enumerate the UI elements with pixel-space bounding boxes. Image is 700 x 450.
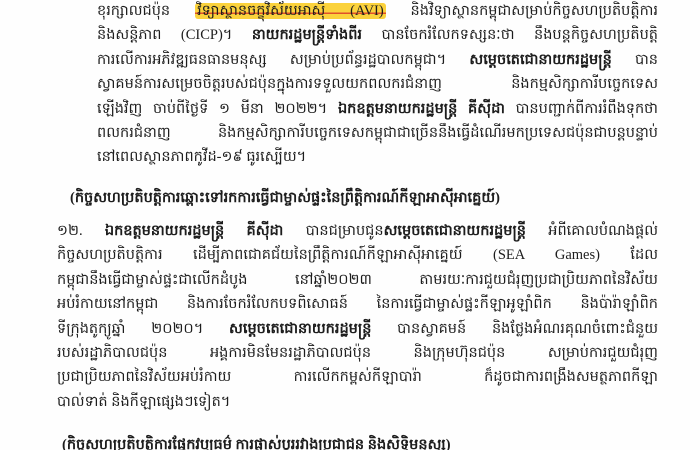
text-line: កិច្ចសហប្រតិបត្តិការ ដើម្បីភាពជោគជ័យនៃព្… [57,243,658,267]
text-line: នៅពេលស្ថានភាពកូវីដ-១៩ ធូរស្បើយ។ [97,145,658,169]
text-segment: បានជម្រាបជូន [283,223,383,239]
text-segment: ខុរក្សាលជប៉ុន [97,3,195,19]
text-segment: សម្តេចតេជោនាយករដ្ឋមន្ត្រី [229,321,371,337]
text-line: ប្រជាប្រិយភាពនៃវិស័យអប់រំកាយ ការលើកកម្ពស… [57,365,658,389]
text-segment: ប្រជាប្រិយភាពនៃវិស័យអប់រំកាយ ការលើកកម្ពស… [57,369,658,385]
text-segment: ឯកឧត្តមនាយករដ្ឋមន្ត្រី គីស៊ីដា [338,101,505,117]
highlighted-text: វិទ្យាស្ថានចក្ខុវិស័យអាស៊ី (AVI) [195,3,386,19]
text-segment: នៅពេលស្ថានភាពកូវីដ-១៩ ធូរស្បើយ។ [97,149,306,165]
text-segment: បានស្វាគមន៍ និងថ្លែងអំណរគុណចំពោះជំនួយ [371,321,658,337]
text-segment: អប់រំកាយនៅកម្ពុជា និងការចែករំលែកបទពិសោធន… [57,296,658,312]
text-segment: បានបញ្ជាក់ពីការរំពឹងទុកថា [505,101,658,117]
text-line: ខុរក្សាលជប៉ុន វិទ្យាស្ថានចក្ខុវិស័យអាស៊ី… [97,0,658,23]
text-segment: សម្តេចតេជោនាយករដ្ឋមន្ត្រី [384,223,526,239]
text-segment: បាន [612,52,658,68]
text-segment: ស្វាគមន៍ការសម្រេចចិត្តរបស់ជប៉ុនក្នុងការទ… [97,76,658,92]
text-segment: ឡើងវិញ ចាប់ពីថ្ងៃទី ១ មីនា ២០២២។ [97,101,338,117]
text-segment: ការលើការអភិវឌ្ឍធនធានមនុស្ស សម្រាប់ប្រព័ន… [97,52,469,68]
text-segment: បានចែករំលែកទស្សនៈថា នឹងបន្តកិច្ចសហប្រតិប… [362,27,658,43]
text-segment: សម្តេចតេជោនាយករដ្ឋមន្ត្រី [469,52,611,68]
text-segment: និងសន្តិភាព (CICP)។ [97,27,252,43]
text-line: ឡើងវិញ ចាប់ពីថ្ងៃទី ១ មីនា ២០២២។ ឯកឧត្តម… [97,97,658,121]
text-segment: នាយករដ្ឋមន្ត្រីទាំងពីរ [252,27,362,43]
text-line: ស្វាគមន៍ការសម្រេចចិត្តរបស់ជប៉ុនក្នុងការទ… [97,72,658,96]
text-line: និងសន្តិភាព (CICP)។ នាយករដ្ឋមន្ត្រីទាំងព… [97,23,658,47]
text-line: ពលករជំនាញ និងកម្មសិក្សាការីបច្ចេកទេសកម្ព… [97,121,658,145]
text-line: កម្ពុជានឹងធ្វើជាម្ចាស់ផ្ទះជាលើកដំបូង នៅឆ… [57,268,658,292]
text-segment: ឯកឧត្តមនាយករដ្ឋមន្ត្រី គីស៊ីដា [105,223,283,239]
text-segment: កិច្ចសហប្រតិបត្តិការ ដើម្បីភាពជោគជ័យនៃព្… [57,247,658,263]
document-page: ខុរក្សាលជប៉ុន វិទ្យាស្ថានចក្ខុវិស័យអាស៊ី… [0,0,700,450]
text-segment: និងវិទ្យាស្ថានកម្ពុជាសម្រាប់កិច្ចសហប្រតិ… [386,3,658,19]
section-header-bottom-clipped: (កិច្ចសហប្រតិបត្តិការផ្នែកវប្បធម៌ ការផ្ល… [62,433,451,450]
text-line: ១២. ឯកឧត្តមនាយករដ្ឋមន្ត្រី គីស៊ីដា បានជម… [57,219,658,243]
section-header-sea-games: (កិច្ចសហប្រតិបត្តិការឆ្ពោះទៅរកការធ្វើជាម… [70,186,500,210]
text-segment: អំពីគោលបំណងផ្តល់ [526,223,658,239]
text-line: ការលើការអភិវឌ្ឍធនធានមនុស្ស សម្រាប់ប្រព័ន… [97,48,658,72]
text-segment: កម្ពុជានឹងធ្វើជាម្ចាស់ផ្ទះជាលើកដំបូង នៅឆ… [57,272,658,288]
text-segment: របស់រដ្ឋាភិបាលជប៉ុន អង្គការមិនមែនរដ្ឋាភិ… [57,345,658,361]
text-segment: បាល់ទាត់ និងកីឡាផ្សេងៗទៀត។ [57,394,230,410]
paragraph-continuation: ខុរក្សាលជប៉ុន វិទ្យាស្ថានចក្ខុវិស័យអាស៊ី… [97,0,658,170]
text-segment: ១២. [57,223,105,239]
paragraph-12: ១២. ឯកឧត្តមនាយករដ្ឋមន្ត្រី គីស៊ីដា បានជម… [57,219,658,414]
text-line: បាល់ទាត់ និងកីឡាផ្សេងៗទៀត។ [57,390,658,414]
text-segment: ពលករជំនាញ និងកម្មសិក្សាការីបច្ចេកទេសកម្ព… [97,125,658,141]
text-line: របស់រដ្ឋាភិបាលជប៉ុន អង្គការមិនមែនរដ្ឋាភិ… [57,341,658,365]
text-segment: ទីក្រុងតូក្យូឆ្នាំ ២០២០។ [57,321,229,337]
text-line: អប់រំកាយនៅកម្ពុជា និងការចែករំលែកបទពិសោធន… [57,292,658,316]
text-line: ទីក្រុងតូក្យូឆ្នាំ ២០២០។ សម្តេចតេជោនាយករ… [57,317,658,341]
